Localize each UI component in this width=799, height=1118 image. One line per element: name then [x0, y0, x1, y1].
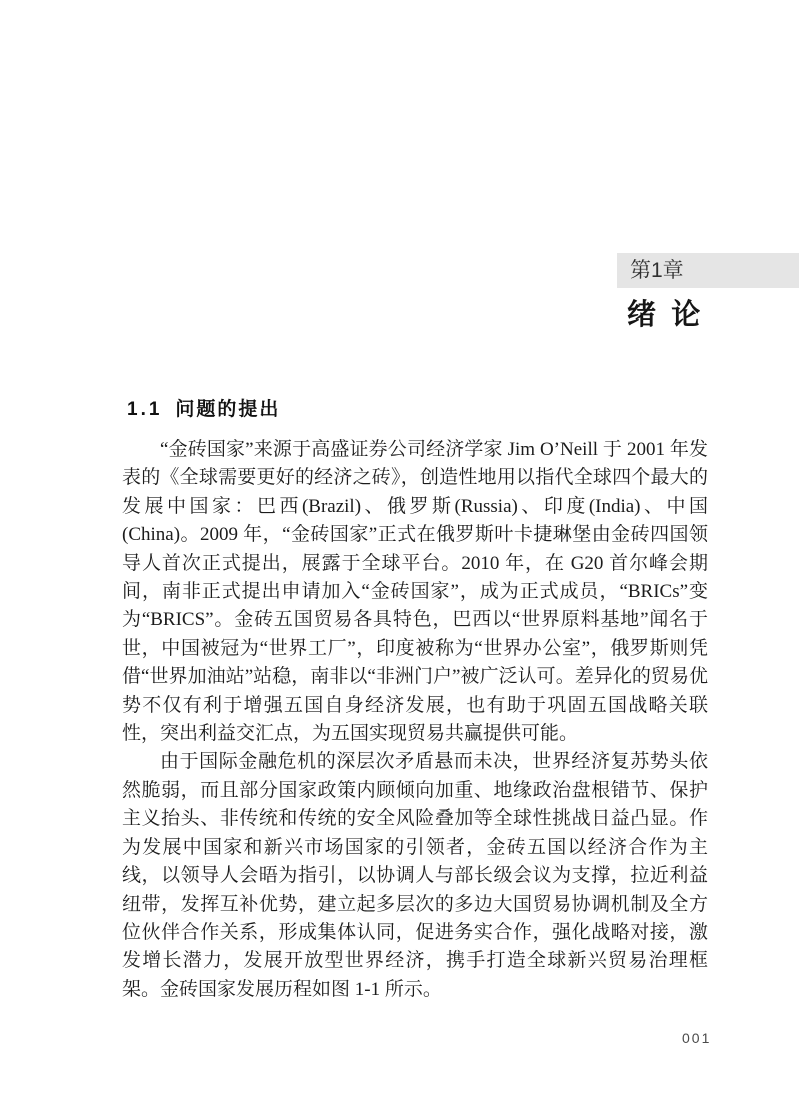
chapter-title: 绪 论 — [627, 292, 700, 333]
section-heading: 1.1问题的提出 — [127, 394, 280, 421]
paragraph-1: “金砖国家”来源于高盛证券公司经济学家 Jim O’Neill 于 2001 年… — [122, 436, 708, 748]
section-title: 问题的提出 — [175, 399, 280, 420]
page-number: 001 — [682, 1030, 711, 1046]
chapter-number-bar: 第1章 — [617, 253, 799, 288]
chapter-number-label: 第1章 — [617, 253, 799, 288]
paragraph-2: 由于国际金融危机的深层次矛盾悬而未决，世界经济复苏势头依然脆弱，而且部分国家政策… — [122, 748, 708, 1004]
book-page: 第1章 绪 论 1.1问题的提出 “金砖国家”来源于高盛证券公司经济学家 Jim… — [0, 0, 799, 1118]
body-text: “金砖国家”来源于高盛证券公司经济学家 Jim O’Neill 于 2001 年… — [122, 436, 708, 1004]
section-number: 1.1 — [127, 399, 162, 420]
